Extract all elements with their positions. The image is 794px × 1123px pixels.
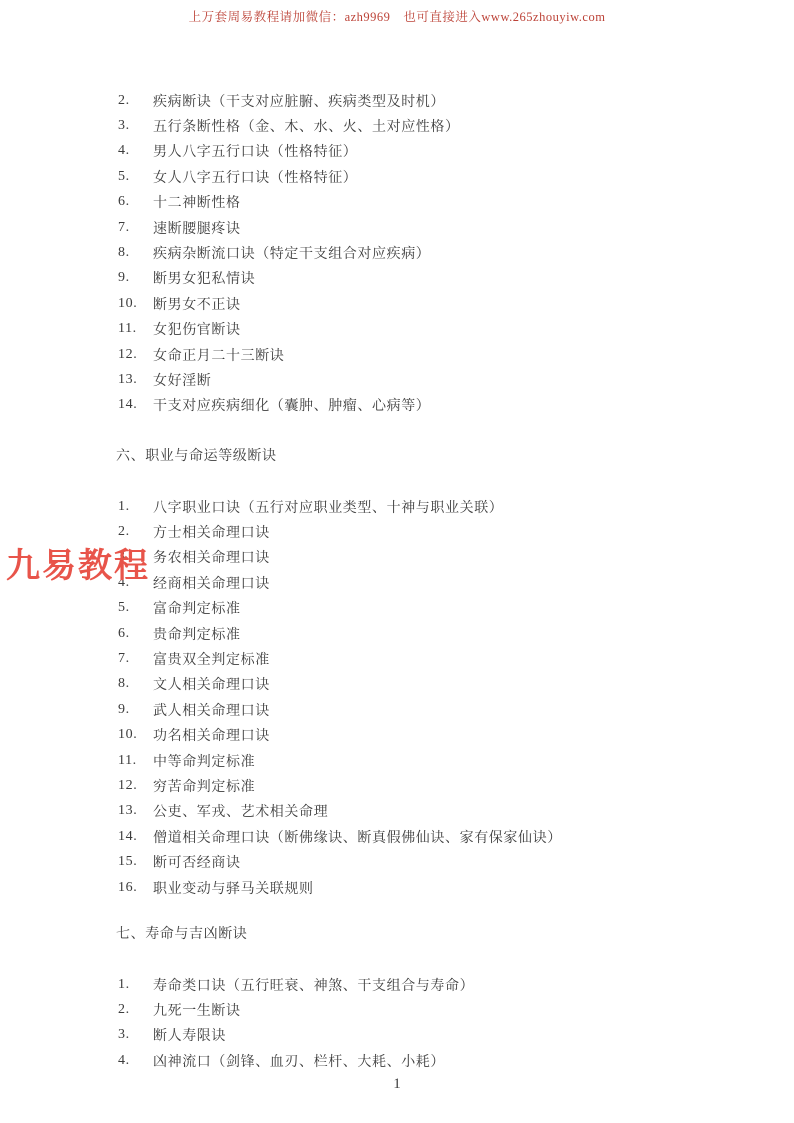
item-number: 9. [118,702,153,718]
item-text: 僧道相关命理口诀（断佛缘诀、断真假佛仙诀、家有保家仙诀） [153,827,754,847]
item-number: 4. [118,143,153,159]
list-item: 1. 八字职业口诀（五行对应职业类型、十神与职业关联） [118,494,754,519]
list-item: 5. 女人八字五行口诀（性格特征） [118,164,754,189]
item-text: 女犯伤官断诀 [153,319,754,339]
item-number: 7. [118,651,153,667]
item-text: 富贵双全判定标准 [153,649,754,669]
list-item: 10. 功名相关命理口诀 [118,723,754,748]
promo-header-text: 上万套周易教程请加微信：azh9969 也可直接进入www.265zhouyiw… [0,7,794,25]
item-text: 断可否经商诀 [153,852,754,872]
item-text: 断人寿限诀 [153,1025,754,1045]
list-item: 12. 女命正月二十三断诀 [118,342,754,367]
item-text: 凶神流口（剑锋、血刃、栏杆、大耗、小耗） [153,1051,754,1071]
document-page: 上万套周易教程请加微信：azh9969 也可直接进入www.265zhouyiw… [0,0,794,1123]
item-text: 务农相关命理口诀 [153,547,754,567]
item-text: 职业变动与驿马关联规则 [153,878,754,898]
item-text: 九死一生断诀 [153,1000,754,1020]
item-number: 3. [118,1027,153,1043]
item-number: 10. [118,296,153,312]
item-text: 断男女不正诀 [153,294,754,314]
item-number: 9. [118,270,153,286]
item-number: 16. [118,880,153,896]
list-item: 13. 女好淫断 [118,367,754,392]
item-text: 十二神断性格 [153,192,754,212]
item-number: 2. [118,1002,153,1018]
item-number: 14. [118,829,153,845]
item-text: 富命判定标准 [153,598,754,618]
item-number: 12. [118,347,153,363]
list-item: 10. 断男女不正诀 [118,291,754,316]
red-watermark-logo: 九易教程 [6,538,150,587]
list-item: 2. 方士相关命理口诀 [118,519,754,544]
list-item: 3. 五行条断性格（金、木、水、火、土对应性格） [118,113,754,138]
list-item: 16. 职业变动与驿马关联规则 [118,875,754,900]
item-text: 寿命类口诀（五行旺衰、神煞、干支组合与寿命） [153,975,754,995]
item-number: 10. [118,727,153,743]
item-number: 6. [118,194,153,210]
item-text: 五行条断性格（金、木、水、火、土对应性格） [153,116,754,136]
list-item: 5. 富命判定标准 [118,596,754,621]
item-number: 1. [118,977,153,993]
item-number: 8. [118,245,153,261]
item-number: 11. [118,321,153,337]
item-text: 疾病杂断流口诀（特定干支组合对应疾病） [153,243,754,263]
item-number: 6. [118,626,153,642]
item-text: 干支对应疾病细化（囊肿、肿瘤、心病等） [153,395,754,415]
list-item: 6. 十二神断性格 [118,190,754,215]
item-text: 公吏、军戎、艺术相关命理 [153,801,754,821]
list-item: 11. 中等命判定标准 [118,748,754,773]
list-item: 4. 男人八字五行口诀（性格特征） [118,139,754,164]
item-text: 武人相关命理口诀 [153,700,754,720]
list-item: 2. 疾病断诀（干支对应脏腑、疾病类型及时机） [118,88,754,113]
list-item: 3. 断人寿限诀 [118,1023,754,1048]
item-number: 15. [118,854,153,870]
item-number: 12. [118,778,153,794]
item-text: 女人八字五行口诀（性格特征） [153,167,754,187]
list-item: 14. 干支对应疾病细化（囊肿、肿瘤、心病等） [118,393,754,418]
section-heading-seven: 七、寿命与吉凶断诀 [116,922,247,947]
item-number: 13. [118,803,153,819]
list-item: 2. 九死一生断诀 [118,997,754,1022]
list-item: 3. 务农相关命理口诀 [118,545,754,570]
item-text: 功名相关命理口诀 [153,725,754,745]
item-number: 7. [118,220,153,236]
list-item: 9. 断男女犯私情诀 [118,266,754,291]
list-item: 4. 经商相关命理口诀 [118,570,754,595]
item-number: 8. [118,676,153,692]
item-text: 断男女犯私情诀 [153,268,754,288]
item-text: 经商相关命理口诀 [153,573,754,593]
item-number: 11. [118,753,153,769]
item-text: 贵命判定标准 [153,624,754,644]
list-section-seven-items: 1. 寿命类口诀（五行旺衰、神煞、干支组合与寿命） 2. 九死一生断诀 3. 断… [118,972,754,1074]
list-item: 7. 速断腰腿疼诀 [118,215,754,240]
page-number: 1 [0,1076,794,1093]
item-number: 13. [118,372,153,388]
list-item: 12. 穷苦命判定标准 [118,773,754,798]
section-heading-six: 六、职业与命运等级断诀 [116,444,277,469]
list-item: 8. 文人相关命理口诀 [118,672,754,697]
list-item: 11. 女犯伤官断诀 [118,317,754,342]
item-text: 女好淫断 [153,370,754,390]
item-text: 中等命判定标准 [153,751,754,771]
item-text: 速断腰腿疼诀 [153,218,754,238]
item-number: 5. [118,600,153,616]
item-text: 文人相关命理口诀 [153,674,754,694]
list-item: 15. 断可否经商诀 [118,849,754,874]
list-item: 14. 僧道相关命理口诀（断佛缘诀、断真假佛仙诀、家有保家仙诀） [118,824,754,849]
item-number: 1. [118,499,153,515]
item-text: 男人八字五行口诀（性格特征） [153,141,754,161]
item-text: 方士相关命理口诀 [153,522,754,542]
list-item: 9. 武人相关命理口诀 [118,697,754,722]
list-item: 13. 公吏、军戎、艺术相关命理 [118,799,754,824]
list-item: 4. 凶神流口（剑锋、血刃、栏杆、大耗、小耗） [118,1048,754,1073]
list-section-six-items: 1. 八字职业口诀（五行对应职业类型、十神与职业关联） 2. 方士相关命理口诀 … [118,494,754,900]
list-item: 1. 寿命类口诀（五行旺衰、神煞、干支组合与寿命） [118,972,754,997]
list-item: 6. 贵命判定标准 [118,621,754,646]
list-section-five-items: 2. 疾病断诀（干支对应脏腑、疾病类型及时机） 3. 五行条断性格（金、木、水、… [118,88,754,418]
item-text: 疾病断诀（干支对应脏腑、疾病类型及时机） [153,91,754,111]
item-number: 2. [118,93,153,109]
list-item: 8. 疾病杂断流口诀（特定干支组合对应疾病） [118,240,754,265]
item-text: 八字职业口诀（五行对应职业类型、十神与职业关联） [153,497,754,517]
item-number: 14. [118,397,153,413]
item-text: 穷苦命判定标准 [153,776,754,796]
item-number: 4. [118,1053,153,1069]
item-number: 3. [118,118,153,134]
item-text: 女命正月二十三断诀 [153,345,754,365]
item-number: 5. [118,169,153,185]
list-item: 7. 富贵双全判定标准 [118,646,754,671]
